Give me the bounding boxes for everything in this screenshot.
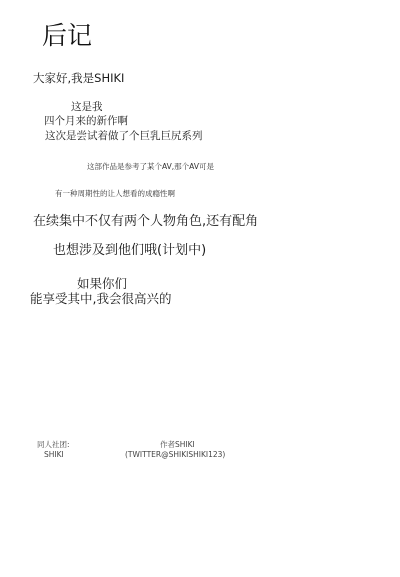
author-label: 作者SHIKI xyxy=(160,441,195,449)
text-line: 有一种周期性的让人想看的成瘾性啊 xyxy=(55,190,175,198)
circle-label: 同人社团: xyxy=(37,441,70,449)
text-line: 这次是尝试着做了个巨乳巨尻系列 xyxy=(45,131,203,142)
text-line: 大家好,我是SHIKI xyxy=(33,73,124,85)
text-line: 四个月来的新作啊 xyxy=(44,116,128,127)
text-line: 这是我 xyxy=(71,102,103,113)
text-line: 能享受其中,我会很高兴的 xyxy=(30,293,171,306)
text-line: 在续集中不仅有两个人物角色,还有配角 xyxy=(33,215,258,228)
text-line: 这部作品是参考了某个AV,那个AV可是 xyxy=(87,163,214,171)
text-line: 也想涉及到他们哦(计划中) xyxy=(53,244,206,257)
circle-name: SHIKI xyxy=(44,451,64,459)
text-line: 如果你们 xyxy=(77,278,127,291)
author-twitter: (TWITTER@SHIKISHIKI123) xyxy=(125,451,225,459)
page-title: 后记 xyxy=(42,23,92,48)
